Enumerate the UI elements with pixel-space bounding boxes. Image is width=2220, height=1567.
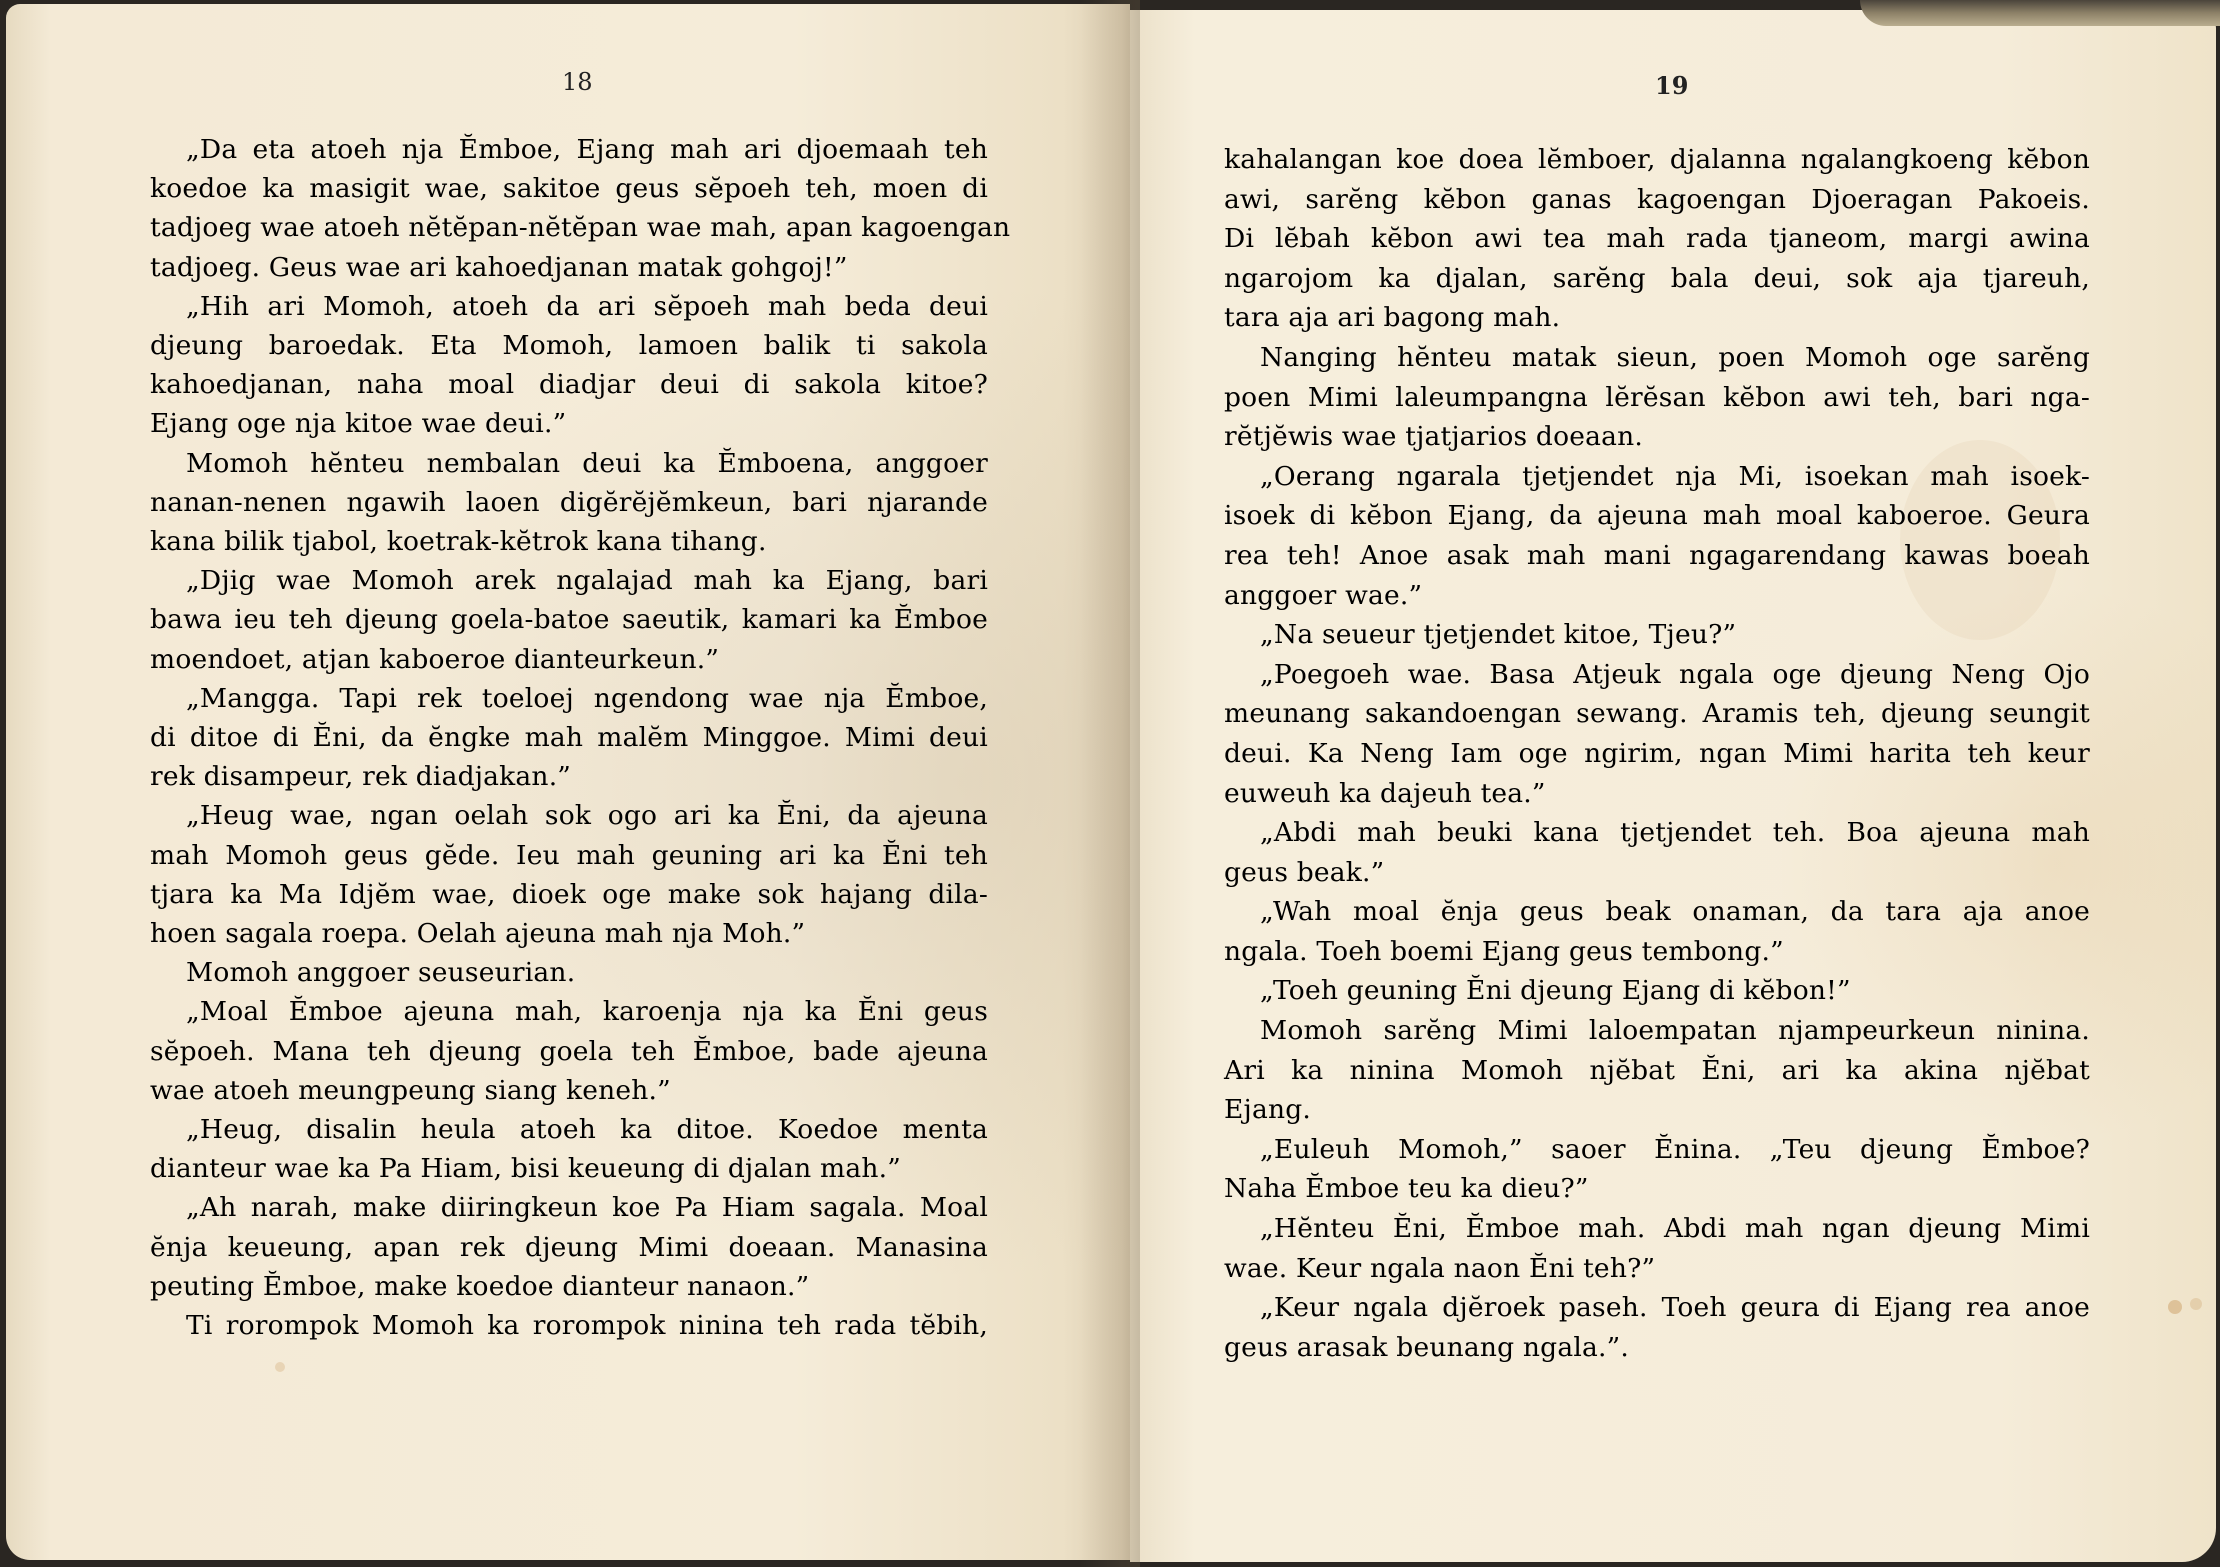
paragraph: „Hih ari Momoh, atoeh da ari sĕpoeh mah … <box>150 287 988 444</box>
paragraph: „Da eta atoeh nja Ĕmboe, Ejang mah ari d… <box>150 130 988 287</box>
text-line: nanan-nenen ngawih laoen digĕrĕjĕmkeun, … <box>150 483 988 522</box>
text-line: Ari ka ninina Momoh njĕbat Ĕni, ari ka a… <box>1224 1051 2090 1091</box>
text-line: poen Mimi laleumpangna lĕrĕsan kĕbon awi… <box>1224 378 2090 418</box>
text-line: isoek di kĕbon Ejang, da ajeuna mah moal… <box>1224 496 2090 536</box>
paragraph: „Moal Ĕmboe ajeuna mah, karoenja nja ka … <box>150 992 988 1110</box>
paragraph: „Heug wae, ngan oelah sok ogo ari ka Ĕni… <box>150 796 988 953</box>
text-line: kahalangan koe doea lĕmboer, djalanna ng… <box>1224 140 2090 180</box>
paragraph: „Abdi mah beuki kana tjetjendet teh. Boa… <box>1224 813 2090 892</box>
text-line: „Da eta atoeh nja Ĕmboe, Ejang mah ari d… <box>150 130 988 169</box>
text-line: bawa ieu teh djeung goela-batoe saeutik,… <box>150 600 988 639</box>
text-line: ngarojom ka djalan, sarĕng bala deui, so… <box>1224 259 2090 299</box>
text-line: deui. Ka Neng Iam oge ngirim, ngan Mimi … <box>1224 734 2090 774</box>
paragraph: „Djig wae Momoh arek ngalajad mah ka Eja… <box>150 561 988 679</box>
text-line: Di lĕbah kĕbon awi tea mah rada tjaneom,… <box>1224 219 2090 259</box>
text-line: Ejang. <box>1224 1090 2090 1130</box>
text-line: „Euleuh Momoh,” saoer Ĕnina. „Teu djeung… <box>1224 1130 2090 1170</box>
text-line: Momoh anggoer seuseurian. <box>150 953 988 992</box>
text-line: „Ah narah, make diiringkeun koe Pa Hiam … <box>150 1188 988 1227</box>
text-line: geus beak.” <box>1224 853 2090 893</box>
text-line: hoen sagala roepa. Oelah ajeuna mah nja … <box>150 914 988 953</box>
text-line: „Toeh geuning Ĕni djeung Ejang di kĕbon!… <box>1224 971 2090 1011</box>
text-line: peuting Ĕmboe, make koedoe dianteur nana… <box>150 1267 988 1306</box>
text-line: „Wah moal ĕnja geus beak onaman, da tara… <box>1224 892 2090 932</box>
text-line: tadjoeg wae atoeh nĕtĕpan-nĕtĕpan wae ma… <box>150 208 988 247</box>
text-line: „Poegoeh wae. Basa Atjeuk ngala oge djeu… <box>1224 655 2090 695</box>
text-line: tjara ka Ma Idjĕm wae, dioek oge make so… <box>150 875 988 914</box>
paragraph: Momoh anggoer seuseurian. <box>150 953 988 992</box>
text-line: kana bilik tjabol, koetrak-kĕtrok kana t… <box>150 522 988 561</box>
paragraph: „Na seueur tjetjendet kitoe, Tjeu?” <box>1224 615 2090 655</box>
text-line: „Heug wae, ngan oelah sok ogo ari ka Ĕni… <box>150 796 988 835</box>
paragraph: „Oerang ngarala tjetjendet nja Mi, isoek… <box>1224 457 2090 615</box>
paragraph: Momoh hĕnteu nembalan deui ka Ĕmboena, a… <box>150 444 988 562</box>
text-line: Momoh hĕnteu nembalan deui ka Ĕmboena, a… <box>150 444 988 483</box>
right-page-text: kahalangan koe doea lĕmboer, djalanna ng… <box>1224 140 2090 1367</box>
paragraph: „Hĕnteu Ĕni, Ĕmboe mah. Abdi mah ngan dj… <box>1224 1209 2090 1288</box>
paragraph: kahalangan koe doea lĕmboer, djalanna ng… <box>1224 140 2090 338</box>
text-line: sĕpoeh. Mana teh djeung goela teh Ĕmboe,… <box>150 1032 988 1071</box>
text-line: tadjoeg. Geus wae ari kahoedjanan matak … <box>150 248 988 287</box>
text-line: djeung baroedak. Eta Momoh, lamoen balik… <box>150 326 988 365</box>
text-line: „Na seueur tjetjendet kitoe, Tjeu?” <box>1224 615 2090 655</box>
text-line: Ti rorompok Momoh ka rorompok ninina teh… <box>150 1306 988 1345</box>
left-page-text: „Da eta atoeh nja Ĕmboe, Ejang mah ari d… <box>150 130 988 1345</box>
text-line: mah Momoh geus gĕde. Ieu mah geuning ari… <box>150 836 988 875</box>
paragraph: Ti rorompok Momoh ka rorompok ninina teh… <box>150 1306 988 1345</box>
text-line: Nanging hĕnteu matak sieun, poen Momoh o… <box>1224 338 2090 378</box>
foxing-spot <box>2168 1300 2182 1314</box>
text-line: meunang sakandoengan sewang. Aramis teh,… <box>1224 694 2090 734</box>
paragraph: Nanging hĕnteu matak sieun, poen Momoh o… <box>1224 338 2090 457</box>
foxing-spot <box>275 1362 285 1372</box>
page-number-right: 19 <box>1655 71 1688 100</box>
text-line: „Abdi mah beuki kana tjetjendet teh. Boa… <box>1224 813 2090 853</box>
text-line: moendoet, atjan kaboeroe dianteurkeun.” <box>150 640 988 679</box>
page-number-left: 18 <box>562 68 593 96</box>
paragraph: „Euleuh Momoh,” saoer Ĕnina. „Teu djeung… <box>1224 1130 2090 1209</box>
text-line: „Moal Ĕmboe ajeuna mah, karoenja nja ka … <box>150 992 988 1031</box>
text-line: geus arasak beunang ngala.”. <box>1224 1328 2090 1368</box>
text-line: „Mangga. Tapi rek toeloej ngendong wae n… <box>150 679 988 718</box>
text-line: „Keur ngala djĕroek paseh. Toeh geura di… <box>1224 1288 2090 1328</box>
paragraph: „Heug, disalin heula atoeh ka ditoe. Koe… <box>150 1110 988 1188</box>
text-line: kahoedjanan, naha moal diadjar deui di s… <box>150 365 988 404</box>
text-line: wae atoeh meungpeung siang keneh.” <box>150 1071 988 1110</box>
paragraph: „Keur ngala djĕroek paseh. Toeh geura di… <box>1224 1288 2090 1367</box>
text-line: dianteur wae ka Pa Hiam, bisi keueung di… <box>150 1149 988 1188</box>
text-line: Ejang oge nja kitoe wae deui.” <box>150 404 988 443</box>
text-line: „Djig wae Momoh arek ngalajad mah ka Eja… <box>150 561 988 600</box>
paragraph: „Toeh geuning Ĕni djeung Ejang di kĕbon!… <box>1224 971 2090 1011</box>
text-line: Momoh sarĕng Mimi laloempatan njampeurke… <box>1224 1011 2090 1051</box>
text-line: euweuh ka dajeuh tea.” <box>1224 774 2090 814</box>
paragraph: „Mangga. Tapi rek toeloej ngendong wae n… <box>150 679 988 797</box>
paragraph: „Ah narah, make diiringkeun koe Pa Hiam … <box>150 1188 988 1306</box>
text-line: wae. Keur ngala naon Ĕni teh?” <box>1224 1249 2090 1289</box>
text-line: di ditoe di Ĕni, da ĕngke mah malĕm Ming… <box>150 718 988 757</box>
text-line: Naha Ĕmboe teu ka dieu?” <box>1224 1169 2090 1209</box>
foxing-spot <box>2190 1298 2202 1310</box>
page-stack-top-edge <box>1860 0 2220 26</box>
text-line: „Hih ari Momoh, atoeh da ari sĕpoeh mah … <box>150 287 988 326</box>
book-spread: 18 19 „Da eta atoeh nja Ĕmboe, Ejang mah… <box>0 0 2220 1567</box>
text-line: ĕnja keueung, apan rek djeung Mimi doeaa… <box>150 1228 988 1267</box>
text-line: tara aja ari bagong mah. <box>1224 298 2090 338</box>
text-line: koedoe ka masigit wae, sakitoe geus sĕpo… <box>150 169 988 208</box>
paragraph: Momoh sarĕng Mimi laloempatan njampeurke… <box>1224 1011 2090 1130</box>
paragraph: „Poegoeh wae. Basa Atjeuk ngala oge djeu… <box>1224 655 2090 813</box>
text-line: „Oerang ngarala tjetjendet nja Mi, isoek… <box>1224 457 2090 497</box>
text-line: „Heug, disalin heula atoeh ka ditoe. Koe… <box>150 1110 988 1149</box>
text-line: anggoer wae.” <box>1224 576 2090 616</box>
text-line: awi, sarĕng kĕbon ganas kagoengan Djoera… <box>1224 180 2090 220</box>
text-line: „Hĕnteu Ĕni, Ĕmboe mah. Abdi mah ngan dj… <box>1224 1209 2090 1249</box>
text-line: rea teh! Anoe asak mah mani ngagarendang… <box>1224 536 2090 576</box>
text-line: ngala. Toeh boemi Ejang geus tembong.” <box>1224 932 2090 972</box>
paragraph: „Wah moal ĕnja geus beak onaman, da tara… <box>1224 892 2090 971</box>
text-line: rĕtjĕwis wae tjatjarios doeaan. <box>1224 417 2090 457</box>
text-line: rek disampeur, rek diadjakan.” <box>150 757 988 796</box>
